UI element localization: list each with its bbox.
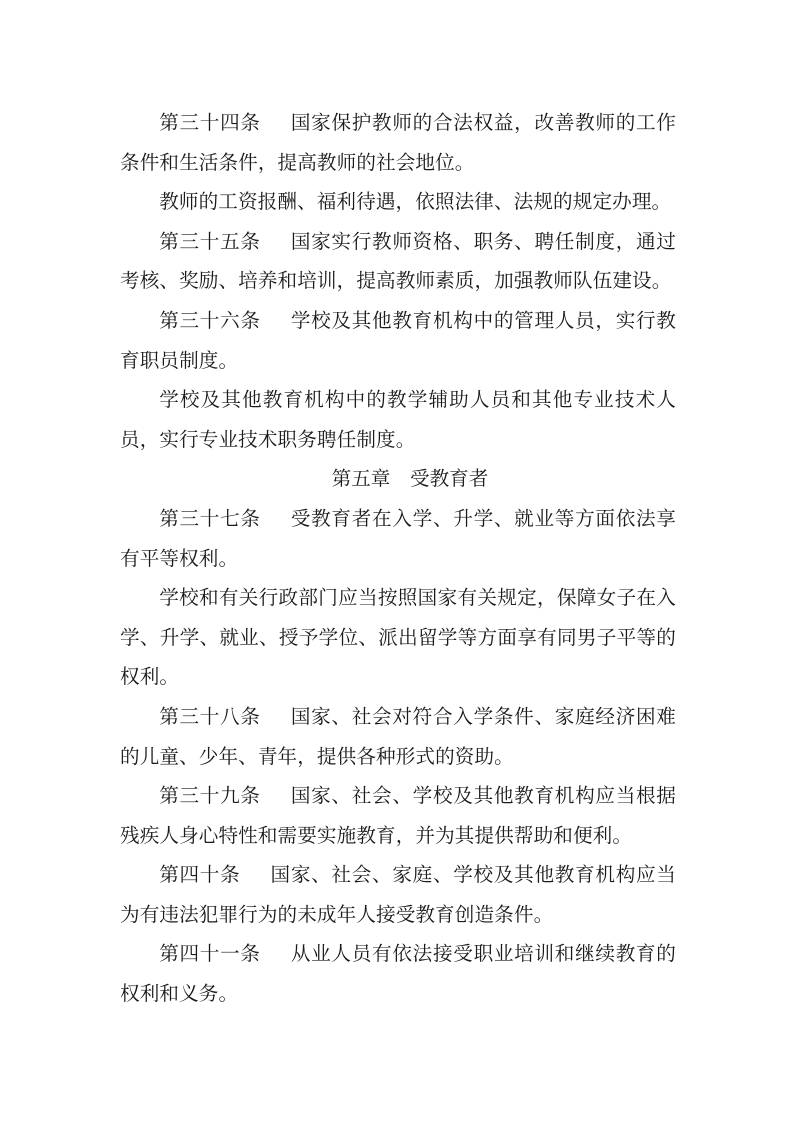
article-40-paragraph: 第四十条国家、社会、家庭、学校及其他教育机构应当为有违法犯罪行为的未成年人接受教… <box>120 855 676 934</box>
article-34-paragraph: 第三十四条国家保护教师的合法权益，改善教师的工作条件和生活条件，提高教师的社会地… <box>120 103 676 182</box>
article-number: 第三十六条 <box>159 309 281 332</box>
article-text: 学校和有关行政部门应当按照国家有关规定，保障女子在入学、升学、就业、授予学位、派… <box>120 586 676 688</box>
article-text: 教师的工资报酬、福利待遇，依照法律、法规的规定办理。 <box>159 190 671 213</box>
article-number: 第三十九条 <box>159 784 281 807</box>
article-number: 第三十四条 <box>159 111 281 134</box>
article-36-paragraph: 第三十六条学校及其他教育机构中的管理人员，实行教育职员制度。 <box>120 301 676 380</box>
article-34-continuation-paragraph: 教师的工资报酬、福利待遇，依照法律、法规的规定办理。 <box>120 182 676 222</box>
document-page: 第三十四条国家保护教师的合法权益，改善教师的工作条件和生活条件，提高教师的社会地… <box>120 103 676 1014</box>
article-number: 第三十八条 <box>159 705 281 728</box>
chapter-heading: 第五章 受教育者 <box>120 459 676 499</box>
article-37-continuation-paragraph: 学校和有关行政部门应当按照国家有关规定，保障女子在入学、升学、就业、授予学位、派… <box>120 578 676 697</box>
article-number: 第四十条 <box>159 863 261 886</box>
article-text: 学校及其他教育机构中的教学辅助人员和其他专业技术人员，实行专业技术职务聘任制度。 <box>120 388 676 451</box>
article-36-continuation-paragraph: 学校及其他教育机构中的教学辅助人员和其他专业技术人员，实行专业技术职务聘任制度。 <box>120 380 676 459</box>
article-number: 第三十七条 <box>159 507 281 530</box>
article-number: 第三十五条 <box>159 230 281 253</box>
article-number: 第四十一条 <box>159 942 281 965</box>
article-41-paragraph: 第四十一条从业人员有依法接受职业培训和继续教育的权利和义务。 <box>120 934 676 1013</box>
article-35-paragraph: 第三十五条国家实行教师资格、职务、聘任制度，通过考核、奖励、培养和培训，提高教师… <box>120 222 676 301</box>
article-37-paragraph: 第三十七条受教育者在入学、升学、就业等方面依法享有平等权利。 <box>120 499 676 578</box>
article-39-paragraph: 第三十九条国家、社会、学校及其他教育机构应当根据残疾人身心特性和需要实施教育，并… <box>120 776 676 855</box>
article-38-paragraph: 第三十八条国家、社会对符合入学条件、家庭经济困难的儿童、少年、青年，提供各种形式… <box>120 697 676 776</box>
